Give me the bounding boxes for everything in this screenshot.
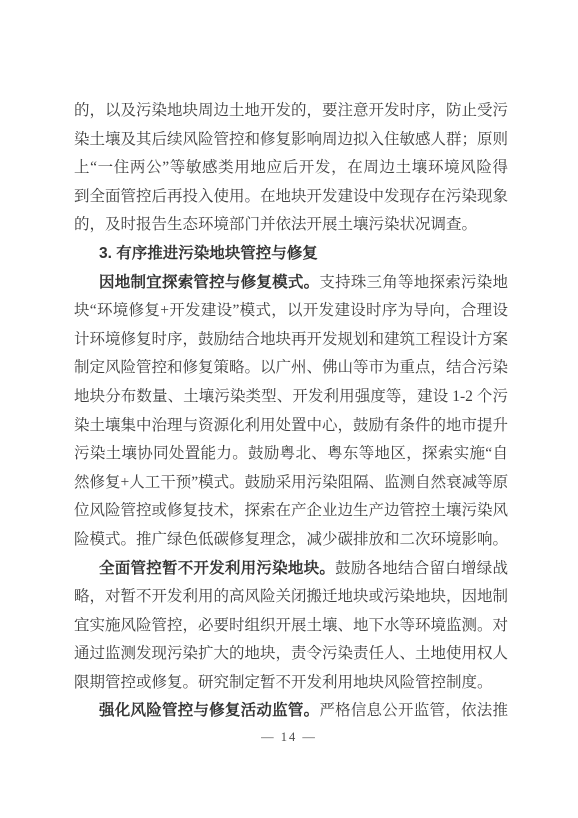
text-line: 的，以及污染地块周边土地开发的，要注意开发时序，防止受污	[74, 97, 508, 126]
text-line: 的，及时报告生态环境部门并依法开展土壤污染状况调查。	[74, 211, 508, 240]
text-line: 略，对暂不开发利用的高风险关闭搬迁地块或污染地块，因地制	[74, 583, 508, 612]
text-line: 计环境修复时序，鼓励结合地块再开发规划和建筑工程设计方案	[74, 326, 508, 355]
text-line: 通过监测发现污染扩大的地块，责令污染责任人、土地使用权人	[74, 640, 508, 669]
section-heading: 3. 有序推进污染地块管控与修复	[74, 240, 508, 269]
text-line: 限期管控或修复。研究制定暂不开发利用地块风险管控制度。	[74, 669, 508, 698]
text-line: 块“环境修复+开发建设”模式，以开发建设时序为导向，合理设	[74, 297, 508, 326]
text-line: 然修复+人工干预”模式。鼓励采用污染阻隔、监测自然衰减等原	[74, 469, 508, 498]
text-line: 宜实施风险管控，必要时组织开展土壤、地下水等环境监测。对	[74, 612, 508, 641]
text-line: 强化风险管控与修复活动监管。严格信息公开监管，依法推	[74, 697, 508, 726]
document-page: 的，以及污染地块周边土地开发的，要注意开发时序，防止受污 染土壤及其后续风险管控…	[0, 0, 578, 818]
body-text: 的，以及污染地块周边土地开发的，要注意开发时序，防止受污 染土壤及其后续风险管控…	[74, 97, 508, 726]
text-line: 地块分布数量、土壤污染类型、开发利用强度等，建设 1-2 个污	[74, 383, 508, 412]
text-line: 因地制宜探索管控与修复模式。支持珠三角等地探索污染地	[74, 269, 508, 298]
page-number: — 14 —	[0, 730, 578, 745]
text-line: 污染土壤协同处置能力。鼓励粤北、粤东等地区，探索实施“自	[74, 440, 508, 469]
text-line: 染土壤集中治理与资源化利用处置中心，鼓励有条件的地市提升	[74, 412, 508, 441]
text-line: 制定风险管控和修复策略。以广州、佛山等市为重点，结合污染	[74, 354, 508, 383]
text-line: 上“一住两公”等敏感类用地应后开发，在周边土壤环境风险得	[74, 154, 508, 183]
text-line: 染土壤及其后续风险管控和修复影响周边拟入住敏感人群；原则	[74, 126, 508, 155]
text-line: 到全面管控后再投入使用。在地块开发建设中发现存在污染现象	[74, 183, 508, 212]
text-line: 位风险管控或修复技术，探索在产企业边生产边管控土壤污染风	[74, 497, 508, 526]
text-line: 险模式。推广绿色低碳修复理念，减少碳排放和二次环境影响。	[74, 526, 508, 555]
text-line: 全面管控暂不开发利用污染地块。鼓励各地结合留白增绿战	[74, 555, 508, 584]
